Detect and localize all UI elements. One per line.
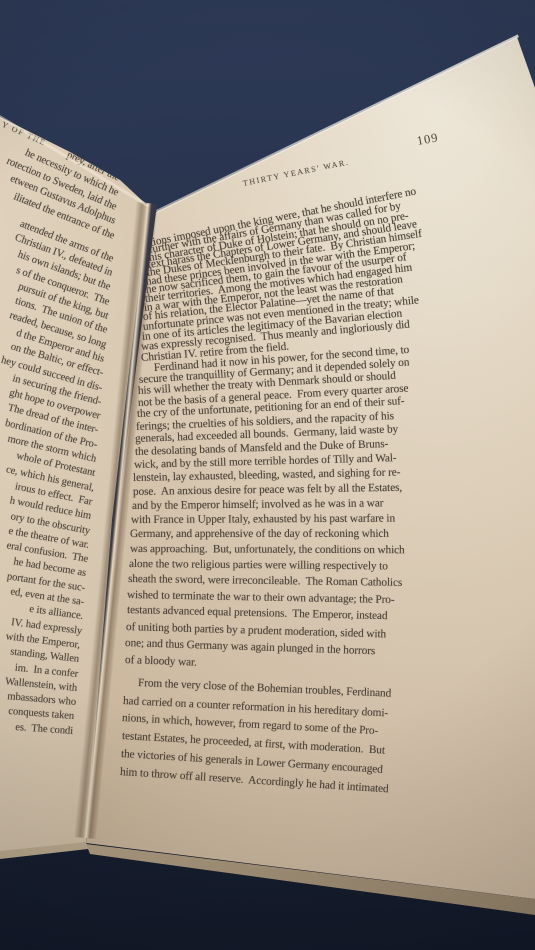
book-text-line: of a bloody war. xyxy=(124,654,196,670)
book-text-line: with France in Upper Italy, exhausted by… xyxy=(131,512,395,526)
book-text-line: was approaching. But, unfortunately, the… xyxy=(130,543,405,557)
book-photo: Y OF THE ime, his pride experienced thep… xyxy=(0,0,535,950)
book-text-line: Germany, and apprehensive of the day of … xyxy=(130,528,389,541)
book-text-line: alone the two religious parties were wil… xyxy=(129,558,388,573)
book-text-line: and by the Emperor himself; involved as … xyxy=(132,497,384,513)
